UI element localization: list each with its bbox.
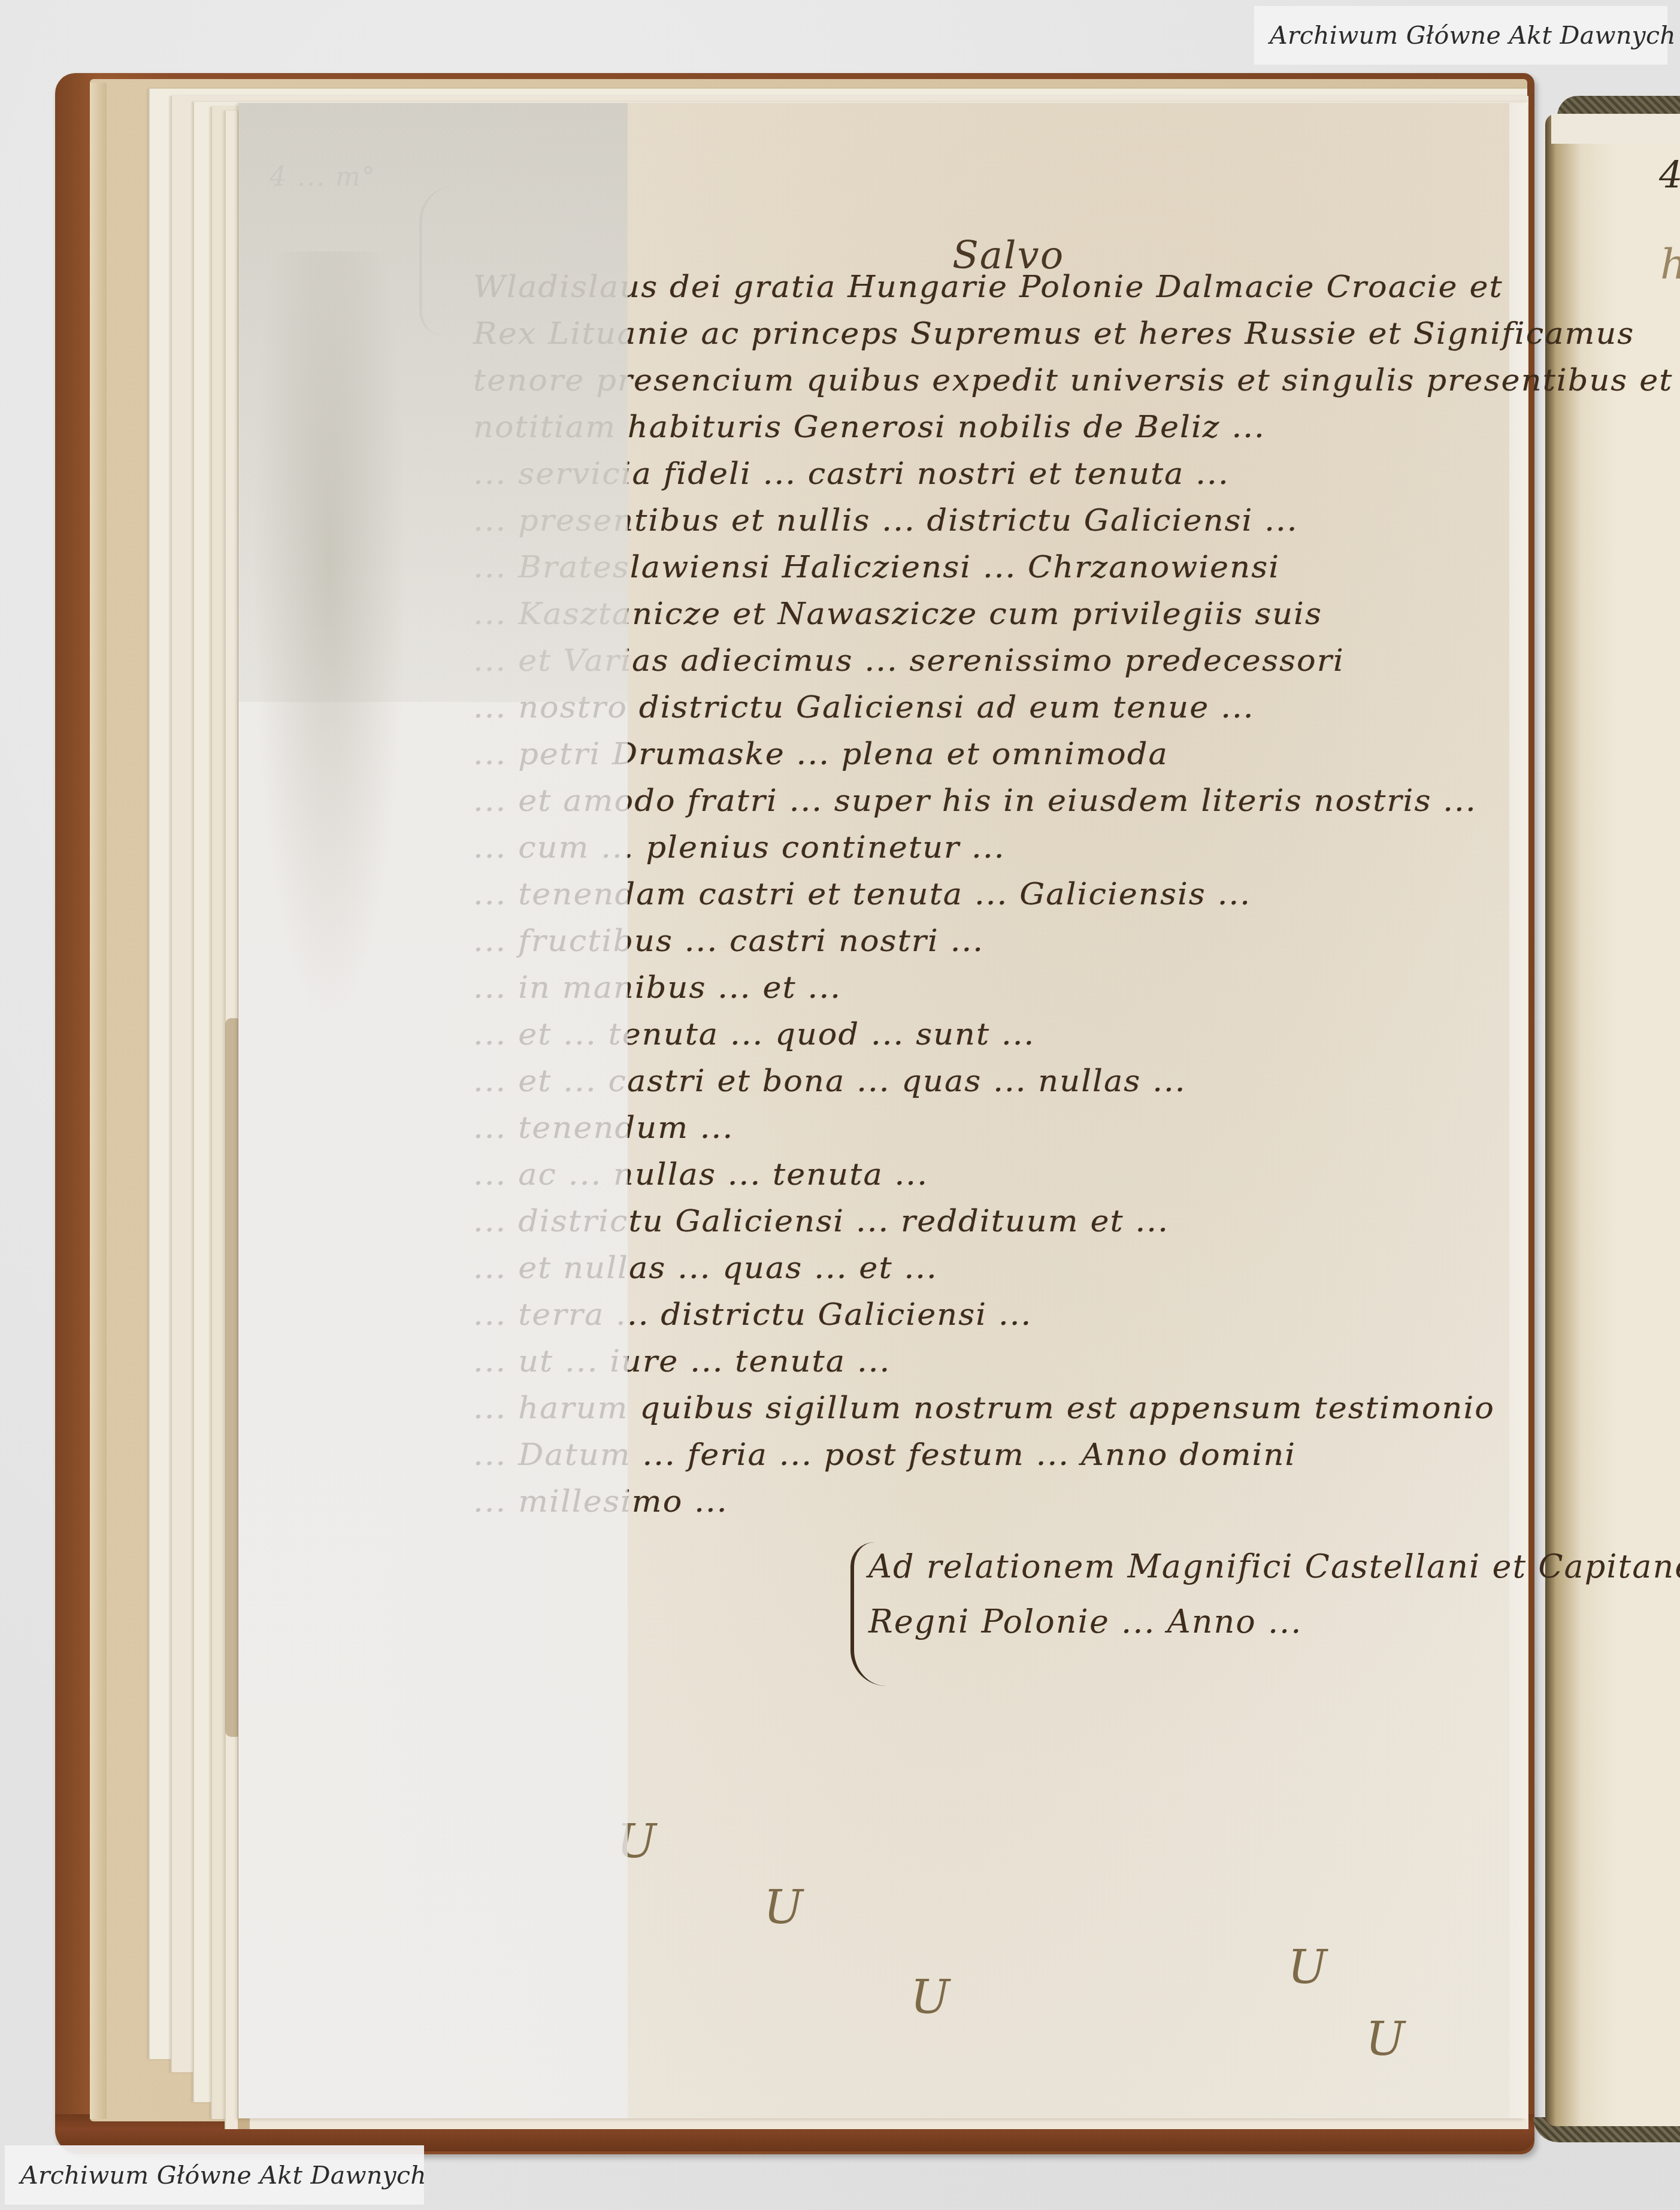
text-line: ... districtu Galiciensi ... reddituum e…: [473, 1198, 1680, 1245]
text-line: ... servicia fideli ... castri nostri et…: [473, 450, 1680, 497]
text-line: ... cum ... plenius continetur ...: [473, 824, 1680, 871]
text-line: tenore presencium quibus expedit univers…: [473, 357, 1680, 404]
relation-note: Ad relationem Magnifici Castellani et Ca…: [868, 1539, 1680, 1649]
text-line: ... petri Drumaske ... plena et omnimoda: [473, 731, 1680, 777]
text-line: ... Brateslawiensi Halicziensi ... Chrza…: [473, 544, 1680, 591]
text-line: notitiam habituris Generosi nobilis de B…: [473, 404, 1680, 450]
repair-tissue-stain: [252, 252, 407, 1030]
text-line: ... millesimo ...: [473, 1478, 1680, 1525]
text-line: ... et nullas ... quas ... et ...: [473, 1245, 1680, 1291]
charter-body: Wladislaus dei gratia Hungarie Polonie D…: [473, 264, 1680, 1525]
folio-number: 4: [1659, 153, 1680, 196]
text-line: ... et amodo fratri ... super his in eiu…: [473, 777, 1680, 824]
text-line: ... et ... castri et bona ... quas ... n…: [473, 1058, 1680, 1104]
archive-watermark-bottom: Archiwum Główne Akt Dawnych: [5, 2145, 424, 2205]
text-line: ... ac ... nullas ... tenuta ...: [473, 1151, 1680, 1198]
text-line: ... harum quibus sigillum nostrum est ap…: [473, 1385, 1680, 1431]
text-line: Wladislaus dei gratia Hungarie Polonie D…: [473, 264, 1680, 310]
relation-line: Ad relationem Magnifici Castellani et Ca…: [868, 1539, 1680, 1594]
relation-line: Regni Polonie ... Anno ...: [868, 1594, 1680, 1649]
pencil-mark: U: [1366, 2012, 1405, 2066]
text-line: ... Kasztanicze et Nawaszicze cum privil…: [473, 591, 1680, 637]
text-line: ... tenendam castri et tenuta ... Galici…: [473, 871, 1680, 918]
archive-watermark-top: Archiwum Główne Akt Dawnych: [1254, 6, 1667, 65]
text-line: ... nostro districtu Galiciensi ad eum t…: [473, 684, 1680, 731]
text-line: ... tenendum ...: [473, 1104, 1680, 1151]
pencil-mark: U: [764, 1881, 803, 1934]
text-line: ... ut ... iure ... tenuta ...: [473, 1338, 1680, 1385]
text-line: ... Datum ... feria ... post festum ... …: [473, 1431, 1680, 1478]
text-line: ... presentibus et nullis ... districtu …: [473, 497, 1680, 544]
pencil-mark: U: [910, 1970, 950, 2024]
text-line: ... fructibus ... castri nostri ...: [473, 918, 1680, 964]
facing-page-top-edge: [1551, 114, 1680, 144]
text-line: ... et Varias adiecimus ... serenissimo …: [473, 637, 1680, 684]
text-line: ... et ... tenuta ... quod ... sunt ...: [473, 1011, 1680, 1058]
text-line: ... in manibus ... et ...: [473, 964, 1680, 1011]
text-line: Rex Lituanie ac princeps Supremus et her…: [473, 310, 1680, 357]
pastedown-edge: [90, 83, 107, 2119]
text-line: ... terra ... districtu Galiciensi ...: [473, 1291, 1680, 1338]
spine-cloth-top: [1557, 96, 1680, 116]
pencil-mark: U: [1288, 1940, 1327, 1994]
